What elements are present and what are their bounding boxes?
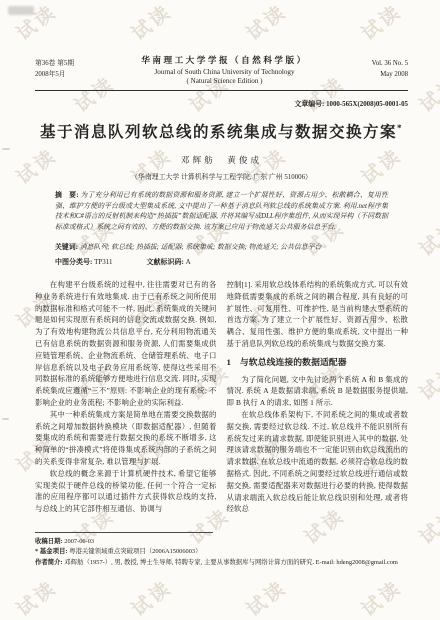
journal-edition-en: ( Natural Science Edition ) <box>101 77 348 85</box>
abstract: 摘 要: 为了充分利用已有系统的数据资源和服务资源, 建立一个扩展性好、资源占用… <box>55 191 388 233</box>
bio-value: 邓辉舫（1957-）, 男, 教授, 博士生导师, 特聘专家, 主要从事数据库与… <box>64 559 398 566</box>
left-column: 在构建平台级系统的过程中, 往往需要对已有的各种业务系统进行有效地集成. 由于已… <box>35 279 217 529</box>
issue-info: 第36卷 第5期 2008年5月 <box>35 59 101 80</box>
paper-title: 基于消息队列软总线的系统集成与数据交换方案* <box>35 120 408 142</box>
body-columns: 在构建平台级系统的过程中, 往往需要对已有的各种业务系统进行有效地集成. 由于已… <box>35 279 408 529</box>
watermark-text: 试读 <box>413 501 440 549</box>
watermark-text: 试读 <box>355 0 406 46</box>
paper-page: 第36卷 第5期 2008年5月 华南理工大学学报（自然科学版） Journal… <box>35 54 408 568</box>
fund-project: * 基金项目: 粤港关键领域重点突破项目（2006A15006003） <box>35 547 408 557</box>
keywords-label: 关键词: <box>55 244 80 251</box>
issue-number: 第36卷 第5期 <box>35 59 101 70</box>
body-paragraph: 软总线的概念来源于计算机硬件技术, 希望它能够实现类似于硬件总线的桥梁功能, 任… <box>35 468 217 515</box>
body-paragraph: 其中一种系统集成方案是简单地在需要交换数据的系统之间增加数据转换模块（即数据适配… <box>35 409 217 468</box>
watermark-text: 试读 <box>125 0 176 46</box>
author-bio: 作者简介: 邓辉舫（1957-）, 男, 教授, 博士生导师, 特聘专家, 主要… <box>35 558 408 568</box>
volume-number: Vol. 36 No. 5 <box>348 59 408 70</box>
watermark-text: 试读 <box>10 573 61 620</box>
abstract-label: 摘 要: <box>55 192 80 199</box>
watermark-text: 试读 <box>240 573 291 620</box>
journal-title-block: 华南理工大学学报（自然科学版） Journal of South China U… <box>101 54 348 85</box>
received-label: 收稿日期: <box>35 538 64 545</box>
watermark-text: 试读 <box>125 573 176 620</box>
watermark-text: 试读 <box>355 573 406 620</box>
journal-title-cn: 华南理工大学学报（自然科学版） <box>101 54 348 66</box>
body-paragraph: 在软总线体系架构下, 不同系统之间的集成或者数据交换, 需要经过软总线. 不过,… <box>227 409 409 515</box>
issue-date: 2008年5月 <box>35 70 101 81</box>
watermark-text: 试读 <box>413 69 440 117</box>
watermark-text: 试读 <box>413 213 440 261</box>
keywords-text: 消息队列; 软总线; 热插拔; 适配器; 系统集成; 数据交换; 物流通关; 公… <box>80 244 322 251</box>
scan-artifact <box>2 418 9 420</box>
scan-artifact <box>2 148 10 150</box>
paper-title-text: 基于消息队列软总线的系统集成与数据交换方案 <box>40 124 397 141</box>
received-value: 2007-06-03 <box>64 538 94 545</box>
volume-info: Vol. 36 No. 5 May 2008 <box>348 59 408 80</box>
clc-label: 中图分类号: <box>55 258 94 266</box>
footnote-divider <box>35 532 213 533</box>
classification-row: 中图分类号: TP311文献标识码: A <box>55 257 388 267</box>
volume-month: May 2008 <box>348 70 408 81</box>
body-paragraph: 为了简化问题, 文中先讨论两个系统 A 和 B 集成的情况. 系统 A 是数据请… <box>227 374 409 409</box>
keywords: 关键词: 消息队列; 软总线; 热插拔; 适配器; 系统集成; 数据交换; 物流… <box>55 243 388 254</box>
scan-artifact <box>8 6 34 15</box>
authors: 邓辉舫 黄俊成 <box>35 154 408 166</box>
affiliation: （华南理工大学 计算机科学与工程学院, 广东 广州 510006） <box>35 171 408 181</box>
abstract-text: 为了充分利用已有系统的数据资源和服务资源, 建立一个扩展性好、资源占用少、松散耦… <box>55 192 388 231</box>
title-footnote-mark: * <box>397 123 403 133</box>
journal-header: 第36卷 第5期 2008年5月 华南理工大学学报（自然科学版） Journal… <box>35 54 408 85</box>
footnote-block: 收稿日期: 2007-06-03 * 基金项目: 粤港关键领域重点突破项目（20… <box>35 532 408 568</box>
clc-value: TP311 <box>94 258 112 266</box>
doc-code-label: 文献标识码: <box>147 258 186 266</box>
fund-label: * 基金项目: <box>35 548 69 555</box>
header-rule <box>35 90 408 91</box>
journal-title-en: Journal of South China University of Tec… <box>101 68 348 76</box>
watermark-text: 试读 <box>240 0 291 46</box>
body-paragraph: 控制[1]. 采用软总线体系结构的系统集成方式, 可以有效地降低需要集成的系统之… <box>227 279 409 350</box>
fund-value: 粤港关键领域重点突破项目（2006A15006003） <box>69 548 201 555</box>
right-column: 控制[1]. 采用软总线体系结构的系统集成方式, 可以有效地降低需要集成的系统之… <box>227 279 409 529</box>
bio-label: 作者简介: <box>35 559 64 566</box>
article-number: 文章编号: 1000-565X(2008)05-0001-05 <box>35 98 408 108</box>
watermark-text: 试读 <box>413 357 440 405</box>
doc-code-value: A <box>186 258 191 266</box>
received-date: 收稿日期: 2007-06-03 <box>35 537 408 547</box>
body-paragraph: 在构建平台级系统的过程中, 往往需要对已有的各种业务系统进行有效地集成. 由于已… <box>35 279 217 409</box>
section-1-heading: 1 与软总线连接的数据适配器 <box>227 357 409 369</box>
